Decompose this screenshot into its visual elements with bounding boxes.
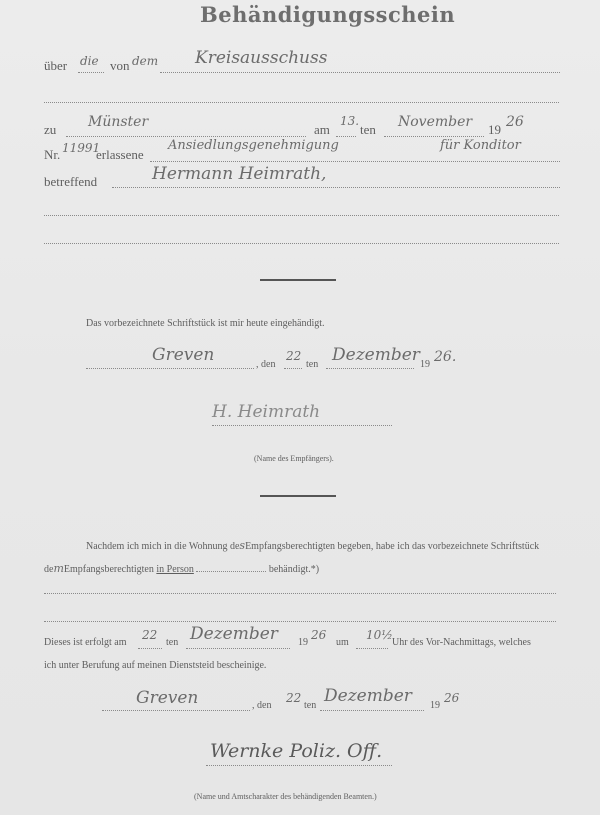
receipt-place-field: Greven (152, 345, 214, 365)
die-line (78, 72, 104, 73)
official-day-field: 22 (286, 691, 301, 705)
authority-line (160, 72, 560, 73)
receipt-ten-label: ten (306, 359, 318, 370)
delivery-month-field: Dezember (190, 624, 278, 644)
official-den-label: , den (252, 700, 271, 711)
delivery-line-1-text: Nachdem ich mich in die Wohnung de (86, 541, 239, 552)
document-title: Behändigungsschein (200, 2, 455, 27)
delivery-line-1-rest: Empfangsberechtigten begeben, habe ich d… (245, 541, 539, 552)
nr-label: Nr. (44, 147, 60, 163)
dem-handwritten: dem (132, 54, 158, 68)
subject-line (112, 187, 560, 188)
recipient-caption: (Name des Empfängers). (254, 454, 334, 463)
delivery-day-line (138, 648, 162, 649)
month-field: November (398, 114, 472, 130)
blank-line-3 (44, 243, 559, 244)
receipt-year-field: 26. (434, 349, 456, 365)
receipt-place-line (86, 368, 254, 369)
delivery-time-line (356, 648, 388, 649)
recipient-signature: H. Heimrath (212, 402, 320, 422)
erlassene-label: erlassene (96, 147, 144, 163)
ten-label: ten (360, 122, 376, 138)
von-label: von (110, 58, 130, 74)
delivery-um-label: um (336, 637, 349, 648)
receipt-statement: Das vorbezeichnete Schriftstück ist mir … (86, 318, 325, 329)
delivery-ten-label: ten (166, 637, 178, 648)
document-page: Behändigungsschein über die von dem Krei… (0, 0, 600, 815)
official-caption: (Name und Amtscharakter des behändigende… (194, 792, 377, 801)
day-field: 13. (340, 114, 359, 128)
fuer-field: für Konditor (440, 138, 521, 153)
official-place-line (102, 710, 250, 711)
delivery-month-line (186, 648, 290, 649)
official-year-field: 26 (444, 691, 459, 705)
official-month-line (320, 710, 424, 711)
receipt-den-label: , den (256, 359, 275, 370)
number-field: 11991 (62, 141, 100, 155)
blank-line-4 (44, 593, 556, 594)
official-month-field: Dezember (324, 686, 412, 706)
delivery-line-1: Nachdem ich mich in die Wohnung desEmpfa… (86, 539, 539, 552)
receipt-month-line (326, 368, 414, 369)
recipient-signature-line (212, 425, 392, 426)
delivery-day-field: 22 (142, 628, 157, 642)
blank-line-1 (44, 102, 559, 103)
am-label: am (314, 122, 330, 138)
document-type-field: Ansiedlungsgenehmigung (168, 138, 339, 153)
receipt-year-prefix: 19 (420, 359, 430, 370)
delivery-line-2: demEmpfangsberechtigten in Person behänd… (44, 562, 319, 575)
delivery-in-person: in Person (156, 564, 194, 575)
delivery-line-3-b: Uhr des Vor-Nachmittags, welches (392, 637, 531, 648)
place-field: Münster (88, 114, 148, 130)
day-line (336, 136, 356, 137)
receipt-month-field: Dezember (332, 345, 420, 365)
zu-label: zu (44, 122, 56, 138)
year-field: 26 (506, 114, 524, 130)
betreffend-label: betreffend (44, 174, 97, 190)
subject-field: Hermann Heimrath, (152, 164, 326, 184)
blank-line-2 (44, 215, 559, 216)
document-type-line (150, 161, 560, 162)
divider-2 (260, 495, 336, 497)
delivery-line-2-mark: m (53, 562, 63, 575)
official-year-prefix: 19 (430, 700, 440, 711)
authority-field: Kreisausschuss (195, 48, 327, 68)
place-line (66, 136, 306, 137)
ueber-label: über (44, 58, 67, 74)
official-signature-line (206, 765, 392, 766)
divider-1 (260, 279, 336, 281)
delivery-line-2-end: behändigt.*) (269, 564, 319, 575)
official-signature: Wernke Poliz. Off. (210, 740, 382, 762)
official-place-field: Greven (136, 688, 198, 708)
delivery-year-prefix: 19 (298, 637, 308, 648)
delivery-line-2-mid: Empfangsberechtigten (64, 564, 154, 575)
delivery-line-3-a: Dieses ist erfolgt am (44, 637, 126, 648)
delivery-time-field: 10½ (366, 628, 393, 642)
month-line (384, 136, 484, 137)
receipt-day-field: 22 (286, 349, 301, 363)
receipt-day-line (284, 368, 302, 369)
year-prefix: 19 (488, 122, 501, 138)
blank-line-5 (44, 621, 556, 622)
die-handwritten: die (80, 54, 99, 68)
delivery-year-field: 26 (311, 628, 326, 642)
official-ten-label: ten (304, 700, 316, 711)
delivery-line-4: ich unter Berufung auf meinen Dienststei… (44, 660, 266, 671)
delivery-person-line (196, 571, 266, 572)
